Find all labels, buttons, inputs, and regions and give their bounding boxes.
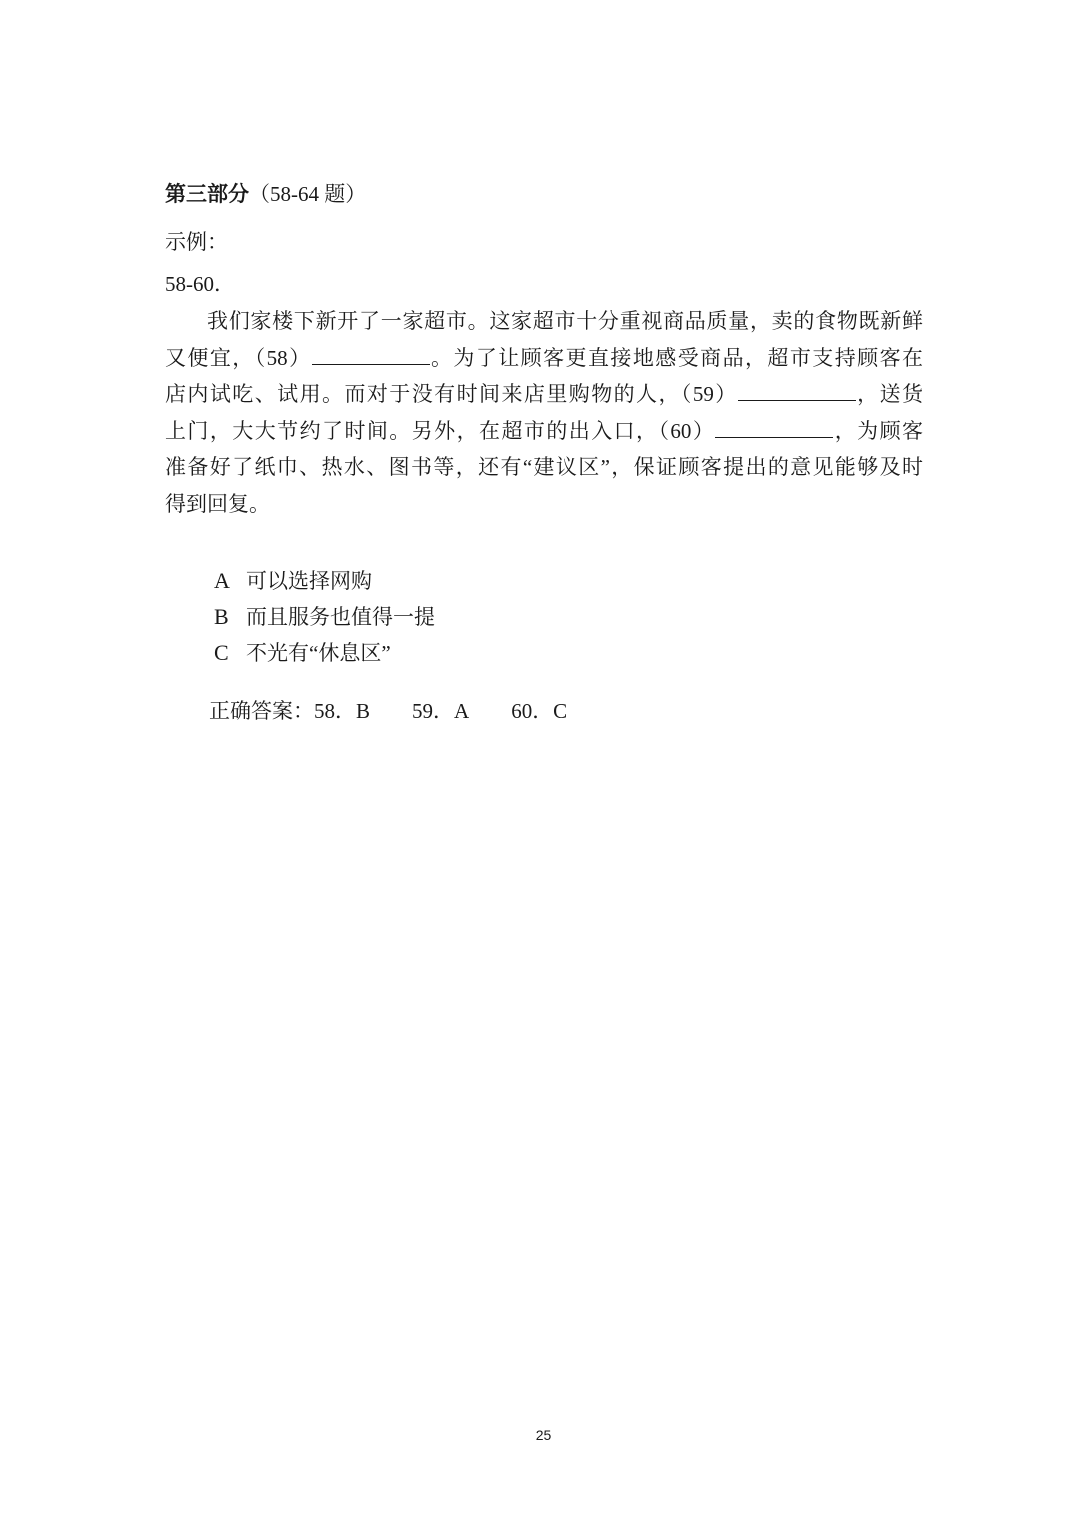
- answer-label: 正确答案：: [209, 699, 314, 723]
- document-page: 第三部分（58-64 题） 示例： 58-60． 我们家楼下新开了一家超市。这家…: [0, 0, 1087, 1536]
- answer-59: 59．A: [412, 697, 469, 725]
- passage-line: 又便宜，（58）。为了让顾客更直接地感受商品，超市支持顾客在: [165, 340, 923, 377]
- section-question-range: （58-64 题）: [249, 182, 366, 206]
- page-number: 25: [0, 1427, 1087, 1443]
- option-text: 而且服务也值得一提: [246, 605, 435, 629]
- section-title: 第三部分: [165, 182, 249, 206]
- answer-58: 58．B: [314, 697, 370, 725]
- question-range: 58-60．: [165, 270, 235, 298]
- answer-blank-60: [715, 417, 833, 438]
- option-letter: C: [214, 635, 246, 670]
- passage-line: 上门，大大节约了时间。另外，在超市的出入口，（60），为顾客: [165, 413, 923, 450]
- passage-line: 准备好了纸巾、热水、图书等，还有“建议区”，保证顾客提出的意见能够及时: [165, 449, 923, 486]
- passage-line: 得到回复。: [165, 486, 923, 523]
- answer-blank-58: [312, 344, 430, 365]
- correct-answer: 正确答案：58．B59．A60．C: [209, 697, 567, 725]
- section-heading: 第三部分（58-64 题）: [165, 180, 366, 208]
- option-b: B而且服务也值得一提: [214, 599, 435, 635]
- passage-line: 我们家楼下新开了一家超市。这家超市十分重视商品质量，卖的食物既新鲜: [165, 303, 923, 340]
- option-letter: A: [214, 563, 246, 598]
- option-c: C不光有“休息区”: [214, 635, 435, 671]
- answer-60: 60．C: [511, 697, 567, 725]
- reading-passage: 我们家楼下新开了一家超市。这家超市十分重视商品质量，卖的食物既新鲜 又便宜，（5…: [165, 303, 923, 522]
- option-text: 不光有“休息区”: [246, 641, 391, 665]
- passage-line: 店内试吃、试用。而对于没有时间来店里购物的人，（59），送货: [165, 376, 923, 413]
- answer-options: A可以选择网购 B而且服务也值得一提 C不光有“休息区”: [214, 563, 435, 671]
- answer-blank-59: [738, 380, 856, 401]
- option-letter: B: [214, 599, 246, 634]
- option-a: A可以选择网购: [214, 563, 435, 599]
- option-text: 可以选择网购: [246, 569, 372, 593]
- example-label: 示例：: [165, 228, 228, 256]
